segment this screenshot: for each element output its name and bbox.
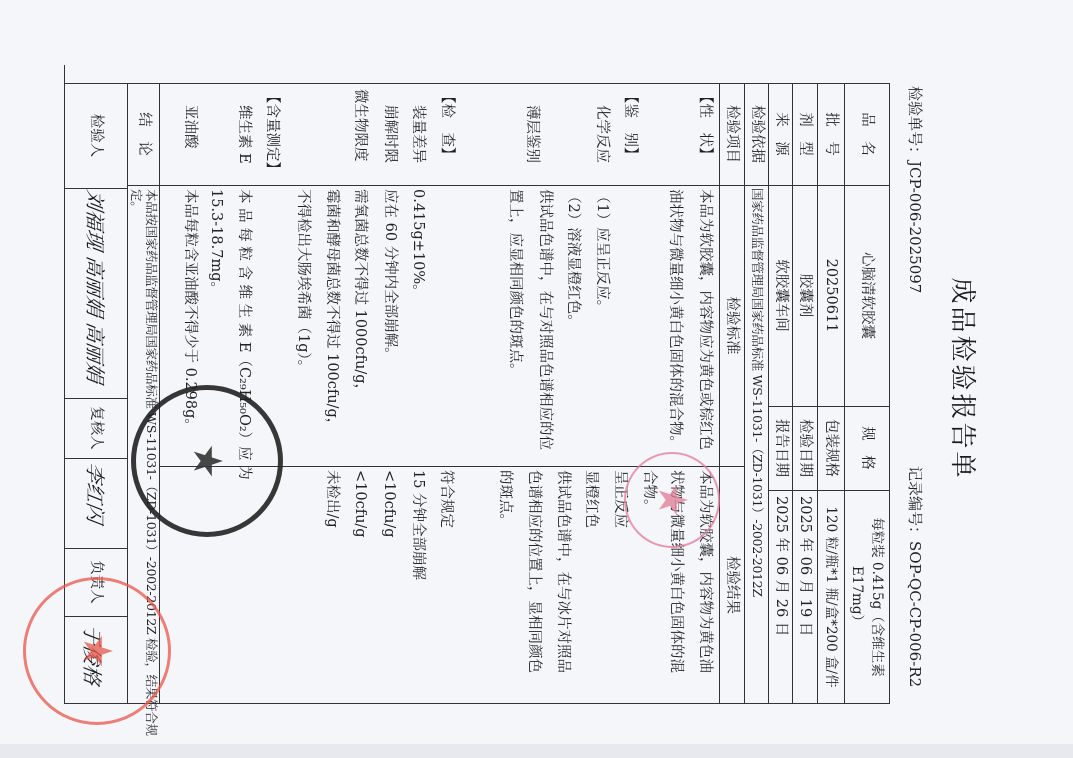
result-microbial-line2: <10cfu/g: [350, 470, 370, 538]
result-microbial-line1: <10cfu/g: [379, 470, 399, 538]
star-icon: ★: [652, 482, 692, 518]
result-microbial-line3: 未检出/g: [322, 470, 342, 528]
column-item: 检验项目: [720, 83, 745, 185]
report-title: 成品检验报告单: [946, 0, 983, 758]
standard-microbial-line3: 不得检出大肠埃希菌（1g）。: [293, 189, 313, 374]
item-linoleic-acid: 亚油酸: [180, 105, 200, 149]
result-fill-weight: 符合规定: [436, 470, 456, 528]
value-specification: 每粒装 0.415g（含维生素 E17mg）: [845, 490, 890, 704]
section-identification: 【鉴 别】: [620, 89, 640, 162]
col-divider: [65, 458, 128, 459]
standard-fill-weight: 0.415g±10%。: [408, 189, 428, 299]
item-chemical-reaction: 化学反应: [592, 105, 612, 163]
standard-tlc-line1: 供试品色谱中，在与对照品色谱相应的位: [535, 189, 555, 450]
section-assay: 【含量测定】: [262, 89, 282, 176]
standard-chemical-line2: （2）溶液显橙红色。: [563, 189, 583, 329]
label-report-date: 报告日期: [769, 406, 793, 490]
report-number: 检验单号：JCP-006-2025097: [905, 86, 926, 293]
item-disintegration: 崩解时限: [380, 105, 400, 163]
label-basis: 检验依据: [745, 83, 769, 185]
company-stamp: ★: [23, 577, 171, 725]
section-inspection: 【检 查】: [437, 89, 457, 162]
standard-microbial-line1: 需氧菌总数不得过 1000cfu/g，: [350, 189, 370, 398]
label-specification: 规 格: [845, 406, 890, 490]
label-product-name: 品 名: [845, 83, 890, 185]
inspection-report-page: 成品检验报告单 检验单号：JCP-006-2025097 记录编号：SOP-QC…: [0, 0, 1073, 758]
column-standard: 检验标准: [720, 185, 745, 466]
star-icon: ★: [187, 443, 227, 479]
col-divider: [65, 188, 128, 189]
result-tlc-line3: 的斑点。: [495, 470, 515, 528]
inspection-stamp: ★: [131, 385, 283, 537]
standard-tlc-line2: 置上，应显相同颜色的斑点。: [505, 189, 525, 378]
column-result: 检验结果: [720, 466, 745, 704]
value-batch-no: 20250611: [818, 185, 845, 406]
star-icon: ★: [77, 633, 117, 669]
standard-appearance-line2: 油状物与微量细小黄白色固体的混合物。: [665, 189, 685, 450]
item-tlc: 薄层鉴别: [522, 105, 542, 163]
inspector-signature: 刘福现 高丽娟 高丽娟: [82, 188, 111, 385]
standard-disintegration: 应在 60 分钟内全部崩解。: [380, 189, 400, 362]
section-appearance: 【性 状】: [695, 89, 715, 162]
label-batch-no: 批 号: [818, 83, 845, 185]
value-product-name: 心脑清软胶囊: [845, 185, 890, 406]
value-dosage-form: 胶囊剂: [793, 185, 818, 406]
conclusion-line2: 定。: [126, 189, 146, 213]
label-source: 来 源: [769, 83, 793, 185]
label-package-spec: 包装规格: [818, 406, 845, 490]
standard-chemical-line1: （1）应呈正反应。: [592, 189, 612, 314]
record-number: 记录编号：SOP-QC-CP-006-R2: [905, 466, 926, 687]
label-inspection-date: 检验日期: [793, 406, 818, 490]
value-report-date: 2025 年 06 月 26 日: [769, 496, 793, 704]
result-disintegration: 15 分钟全部崩解: [408, 470, 428, 580]
item-vitamin-e: 维生素 E: [234, 105, 254, 164]
item-fill-weight: 装量差异: [408, 105, 428, 163]
result-tlc-line2: 色谱相应的位置上，显相同颜色: [524, 470, 544, 673]
scanned-page-viewport: 成品检验报告单 检验单号：JCP-006-2025097 记录编号：SOP-QC…: [0, 0, 1073, 758]
result-tlc-line1: 供试品色谱中，在与冰片对照品: [553, 470, 573, 673]
label-inspector: 检验人: [65, 83, 128, 188]
label-reviewer: 复核人: [65, 398, 128, 458]
page-edge: [0, 744, 1073, 758]
label-conclusion: 结 论: [128, 83, 160, 185]
standard-vitamin-e-line2: 15.3-18.7mg。: [206, 189, 226, 296]
value-package-spec: 120 粒/瓶*1 瓶/盒*200 盒/件: [818, 490, 845, 704]
result-chemical-line2: 显橙红色: [581, 470, 601, 528]
item-microbial: 微生物限度: [350, 89, 370, 162]
reviewer-signature: 李红闪: [82, 461, 111, 525]
value-source: 软胶囊车间: [769, 185, 793, 406]
standard-microbial-line2: 霉菌和酵母菌总数不得过 100cfu/g，: [322, 189, 342, 432]
value-inspection-date: 2025 年 06 月 19 日: [793, 496, 818, 704]
standard-appearance-line1: 本品为软胶囊，内容物应为黄色或棕红色: [695, 189, 715, 450]
label-dosage-form: 剂 型: [793, 83, 818, 185]
qa-stamp: ★: [624, 452, 720, 548]
value-basis: 国家药品监督管理局国家药品标准 WS-11031-（ZD-1031）-2002-…: [745, 188, 769, 704]
